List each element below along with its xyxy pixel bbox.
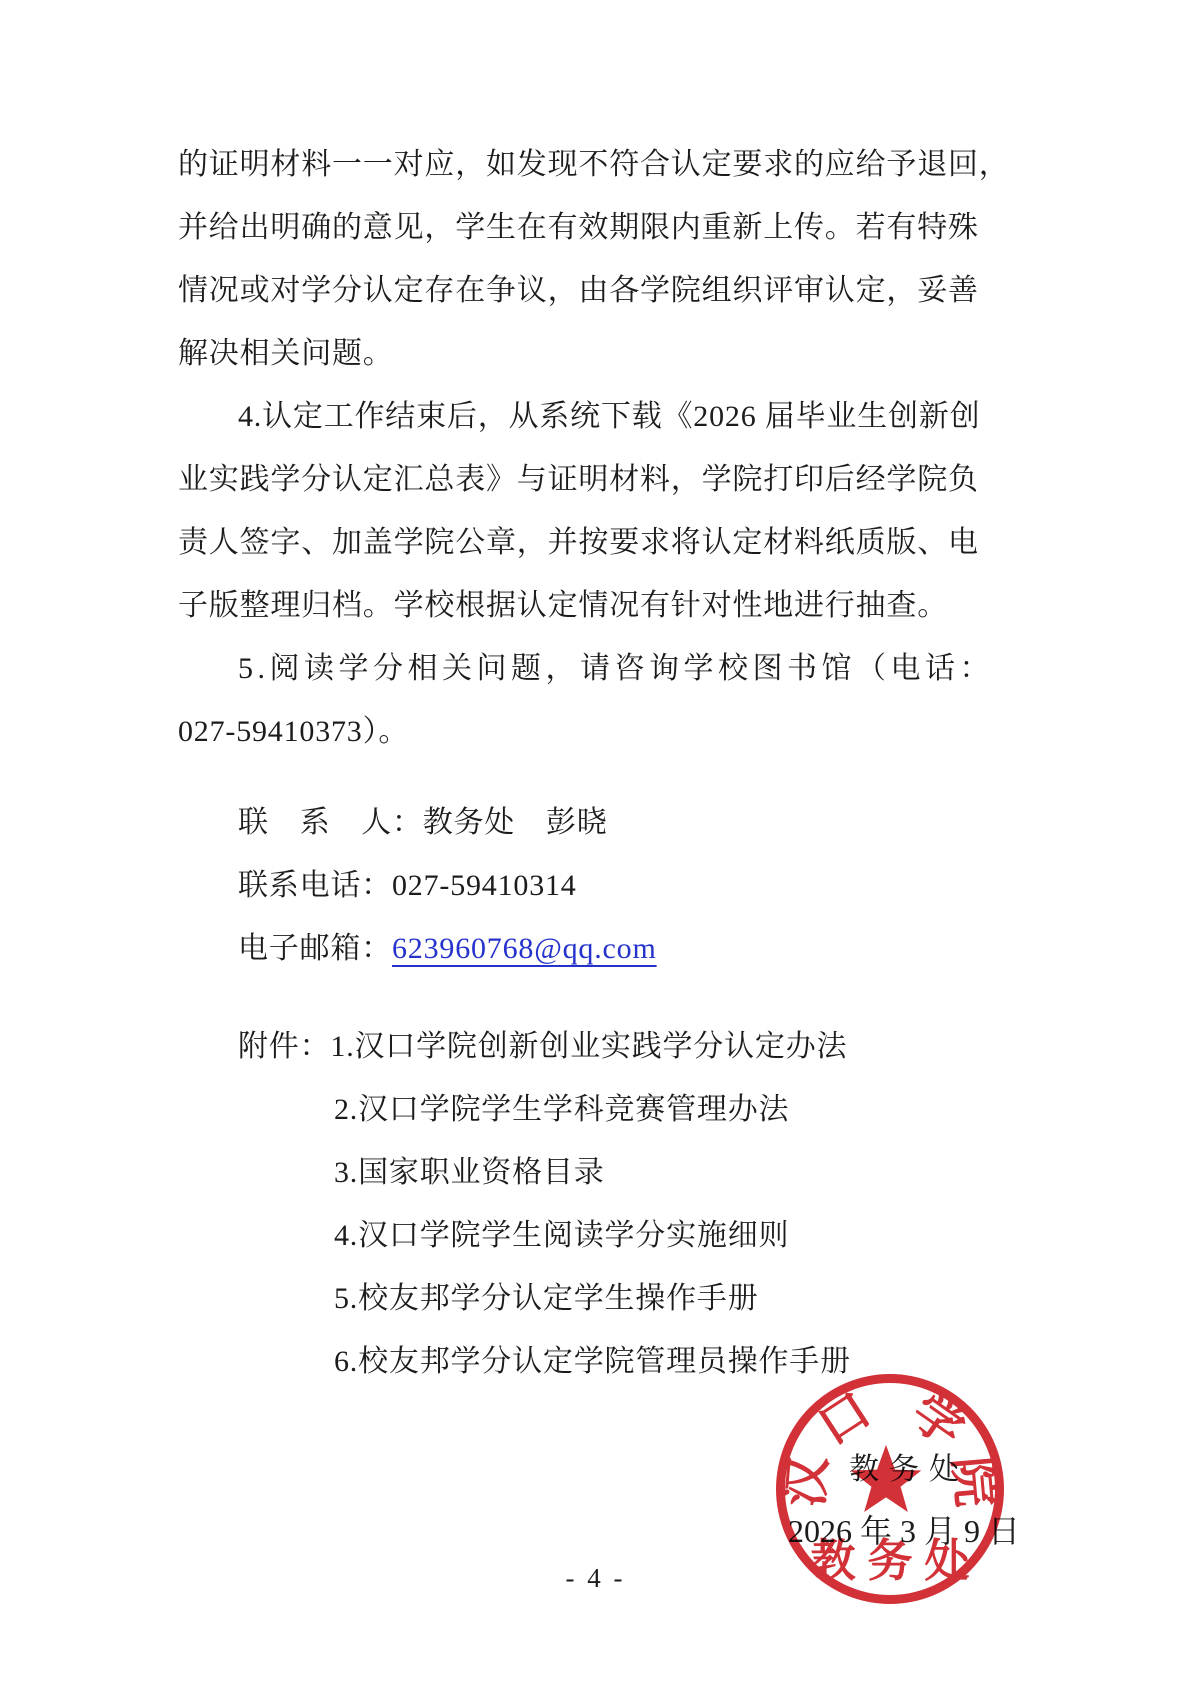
contact-person-line: 联 系 人：教务处 彭晓 bbox=[238, 803, 608, 843]
attachments-label: 附件： bbox=[238, 1030, 330, 1063]
contact-email-line: 电子邮箱：623960768@qq.com bbox=[238, 929, 657, 969]
document-page: 的证明材料一一对应，如发现不符合认定要求的应给予退回， 并给出明确的意见，学生在… bbox=[0, 0, 1191, 1684]
page-number: - 4 - bbox=[0, 1563, 1191, 1594]
body-line: 子版整理归档。学校根据认定情况有针对性地进行抽查。 bbox=[178, 586, 948, 626]
attachment-item: 5.校友邦学分认定学生操作手册 bbox=[334, 1279, 759, 1319]
contact-email-label: 电子邮箱： bbox=[238, 932, 392, 965]
body-line: 的证明材料一一对应，如发现不符合认定要求的应给予退回， bbox=[178, 145, 1010, 185]
contact-phone-line: 联系电话：027-59410314 bbox=[238, 866, 577, 906]
attachment-item: 4.汉口学院学生阅读学分实施细则 bbox=[334, 1216, 789, 1256]
body-line: 4.认定工作结束后，从系统下载《2026 届毕业生创新创 bbox=[238, 397, 980, 437]
attachment-item: 6.校友邦学分认定学院管理员操作手册 bbox=[334, 1342, 851, 1382]
seal-ring-char: 汉 bbox=[778, 1454, 834, 1510]
email-link[interactable]: 623960768@qq.com bbox=[392, 932, 657, 965]
attachment-item: 2.汉口学院学生学科竞赛管理办法 bbox=[334, 1090, 789, 1130]
attachments-lead-line: 附件：1.汉口学院创新创业实践学分认定办法 bbox=[238, 1027, 847, 1067]
body-line: 责人签字、加盖学院公章，并按要求将认定材料纸质版、电 bbox=[178, 523, 979, 563]
body-line: 027-59410373）。 bbox=[178, 712, 409, 752]
attachment-item: 3.国家职业资格目录 bbox=[334, 1153, 605, 1193]
signature-date: 2026 年 3 月 9 日 bbox=[788, 1506, 1020, 1552]
body-line: 5.阅读学分相关问题，请咨询学校图书馆（电话： bbox=[238, 649, 994, 689]
body-line: 解决相关问题。 bbox=[178, 334, 394, 374]
attachment-item: 1.汉口学院创新创业实践学分认定办法 bbox=[330, 1030, 847, 1063]
signature-department: 教务处 bbox=[849, 1444, 969, 1488]
body-line: 并给出明确的意见，学生在有效期限内重新上传。若有特殊 bbox=[178, 208, 979, 248]
body-line: 情况或对学分认定存在争议，由各学院组织评审认定，妥善 bbox=[178, 271, 979, 311]
body-line: 业实践学分认定汇总表》与证明材料，学院打印后经学院负 bbox=[178, 460, 979, 500]
